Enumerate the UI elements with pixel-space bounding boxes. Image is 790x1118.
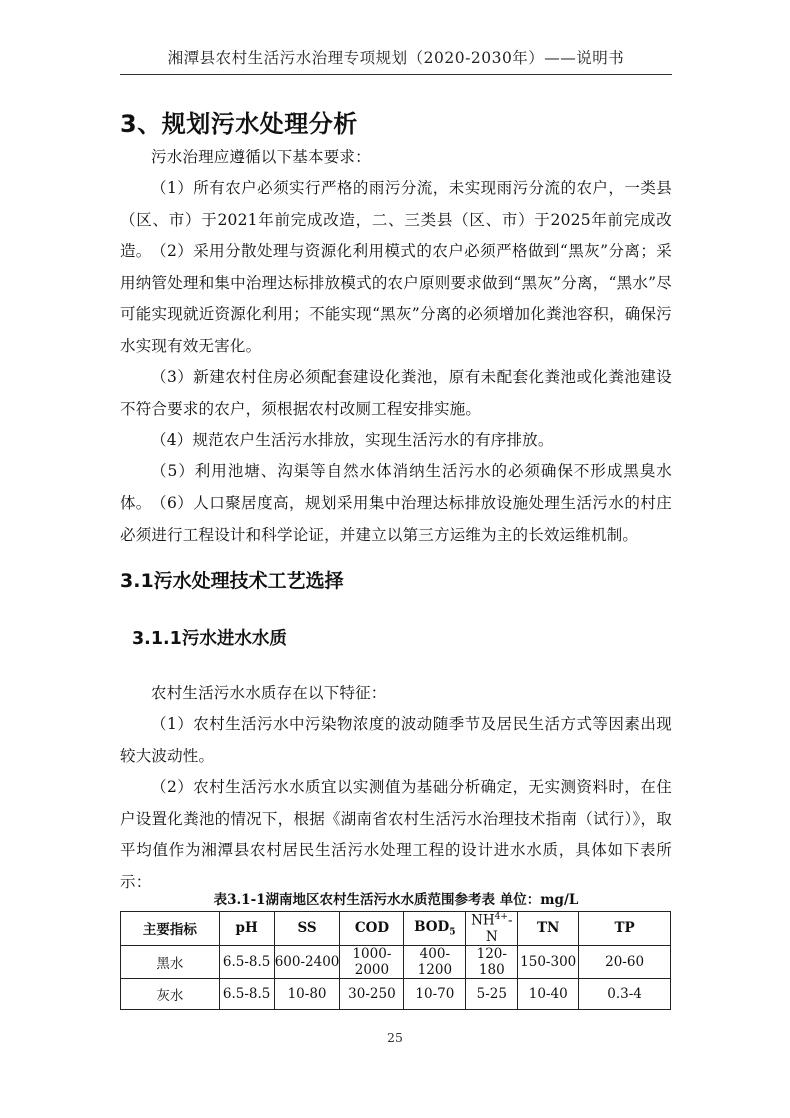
cell-cod: 1000-2000 xyxy=(340,945,404,978)
cell-indicator: 灰水 xyxy=(121,978,220,1009)
cell-cod: 30-250 xyxy=(340,978,404,1009)
cell-tp: 0.3-4 xyxy=(579,978,671,1009)
nh-label: NH xyxy=(471,913,495,929)
requirement-2: （2）采用分散处理与资源化利用模式的农户必须严格做到“黑灰”分离；采用纳管处理和… xyxy=(120,236,672,362)
water-quality-table: 主要指标 pH SS COD BOD5 NH4+-N TN TP 黑水 6.5-… xyxy=(120,911,671,1010)
cell-tn: 10-40 xyxy=(518,978,579,1009)
cell-nh4n: 120-180 xyxy=(466,945,518,978)
running-header: 湘潭县农村生活污水治理专项规划（2020-2030年）——说明书 xyxy=(120,46,672,68)
nh-superscript: 4+ xyxy=(495,912,508,922)
section-heading-3: 3、规划污水处理分析 xyxy=(120,104,358,139)
header-ph: pH xyxy=(219,912,274,946)
header-bod5: BOD5 xyxy=(404,912,466,946)
cell-tn: 150-300 xyxy=(518,945,579,978)
cell-tp: 20-60 xyxy=(579,945,671,978)
bod-subscript: 5 xyxy=(449,928,455,938)
section-3-intro: 污水治理应遵循以下基本要求： xyxy=(120,142,672,174)
requirement-4: （4）规范农户生活污水排放，实现生活污水的有序排放。 xyxy=(120,425,672,457)
cell-bod5: 10-70 xyxy=(404,978,466,1009)
header-nh4n: NH4+-N xyxy=(466,912,518,946)
cell-nh4n: 5-25 xyxy=(466,978,518,1009)
table-header-row: 主要指标 pH SS COD BOD5 NH4+-N TN TP xyxy=(121,912,671,946)
bod-label: BOD xyxy=(414,919,449,935)
page-number: 25 xyxy=(0,1030,790,1045)
table-row: 黑水 6.5-8.5 600-2400 1000-2000 400-1200 1… xyxy=(121,945,671,978)
cell-ph: 6.5-8.5 xyxy=(219,978,274,1009)
section-heading-3-1: 3.1污水处理技术工艺选择 xyxy=(120,566,344,593)
water-quality-intro: 农村生活污水水质存在以下特征： xyxy=(120,678,672,710)
cell-indicator: 黑水 xyxy=(121,945,220,978)
header-rule xyxy=(120,74,672,75)
requirement-6: （6）人口聚居度高，规划采用集中治理达标排放设施处理生活污水的村庄必须进行工程设… xyxy=(120,488,672,551)
requirement-3: （3）新建农村住房必须配套建设化粪池，原有未配套化粪池或化粪池建设不符合要求的农… xyxy=(120,362,672,425)
header-tn: TN xyxy=(518,912,579,946)
header-ss: SS xyxy=(274,912,340,946)
table-row: 灰水 6.5-8.5 10-80 30-250 10-70 5-25 10-40… xyxy=(121,978,671,1009)
cell-bod5: 400-1200 xyxy=(404,945,466,978)
header-tp: TP xyxy=(579,912,671,946)
characteristic-1: （1）农村生活污水中污染物浓度的波动随季节及居民生活方式等因素出现较大波动性。 xyxy=(120,709,672,772)
table-caption: 表3.1-1湖南地区农村生活污水水质范围参考表 单位：mg/L xyxy=(120,888,672,908)
cell-ss: 600-2400 xyxy=(274,945,340,978)
header-cod: COD xyxy=(340,912,404,946)
section-heading-3-1-1: 3.1.1污水进水水质 xyxy=(132,625,287,650)
header-indicator: 主要指标 xyxy=(121,912,220,946)
characteristic-2: （2）农村生活污水水质宜以实测值为基础分析确定，无实测资料时，在住户设置化粪池的… xyxy=(120,772,672,898)
cell-ph: 6.5-8.5 xyxy=(219,945,274,978)
cell-ss: 10-80 xyxy=(274,978,340,1009)
